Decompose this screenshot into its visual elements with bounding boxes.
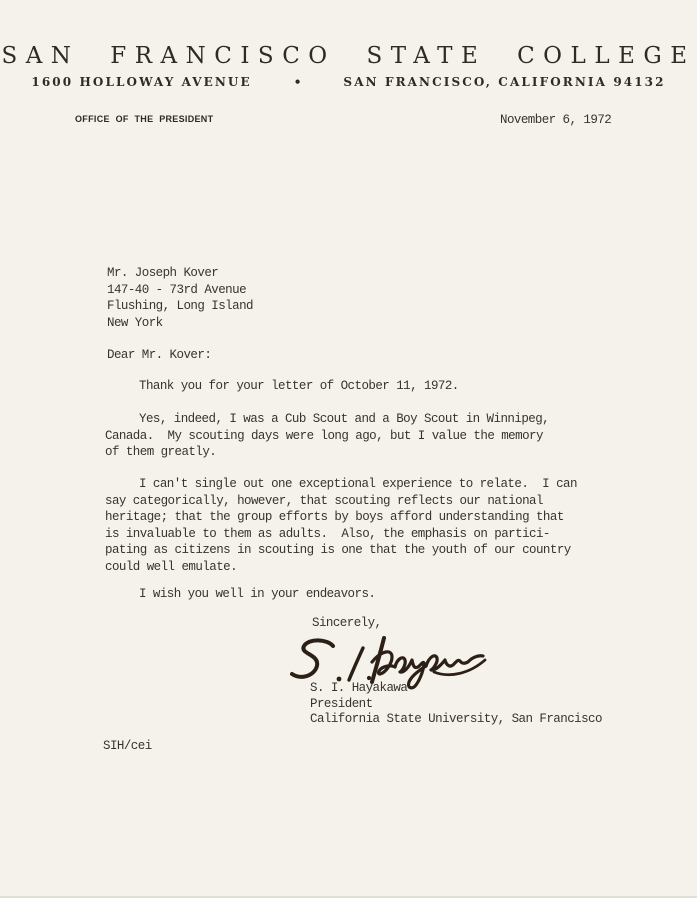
typist-reference: SIH/cei	[103, 738, 152, 755]
letterhead-college-name: SAN FRANCISCO STATE COLLEGE	[0, 43, 697, 69]
letterhead-address-line: 1600 HOLLOWAY AVENUE • SAN FRANCISCO, CA…	[0, 75, 697, 89]
body-paragraph: Thank you for your letter of October 11,…	[105, 378, 625, 395]
body-paragraph: I can't single out one exceptional exper…	[105, 476, 625, 575]
body-paragraph: Yes, indeed, I was a Cub Scout and a Boy…	[105, 411, 625, 461]
office-of-president-label: OFFICE OF THE PRESIDENT	[75, 114, 213, 124]
signed-title: President	[310, 697, 602, 713]
closing-salutation: Sincerely,	[312, 615, 382, 632]
recipient-address: Mr. Joseph Kover 147-40 - 73rd Avenue Fl…	[107, 265, 253, 331]
letter-page: SAN FRANCISCO STATE COLLEGE 1600 HOLLOWA…	[0, 0, 697, 898]
signature-block: S. I. Hayakawa President California Stat…	[310, 681, 602, 728]
letterhead-city-address: SAN FRANCISCO, CALIFORNIA 94132	[343, 75, 665, 89]
salutation: Dear Mr. Kover:	[107, 347, 211, 364]
signed-organization: California State University, San Francis…	[310, 712, 602, 728]
bullet-separator-icon: •	[294, 75, 302, 89]
letterhead-street-address: 1600 HOLLOWAY AVENUE	[31, 75, 251, 89]
body-paragraph: I wish you well in your endeavors.	[105, 586, 625, 603]
signed-name: S. I. Hayakawa	[310, 681, 602, 697]
letter-date: November 6, 1972	[500, 112, 611, 129]
